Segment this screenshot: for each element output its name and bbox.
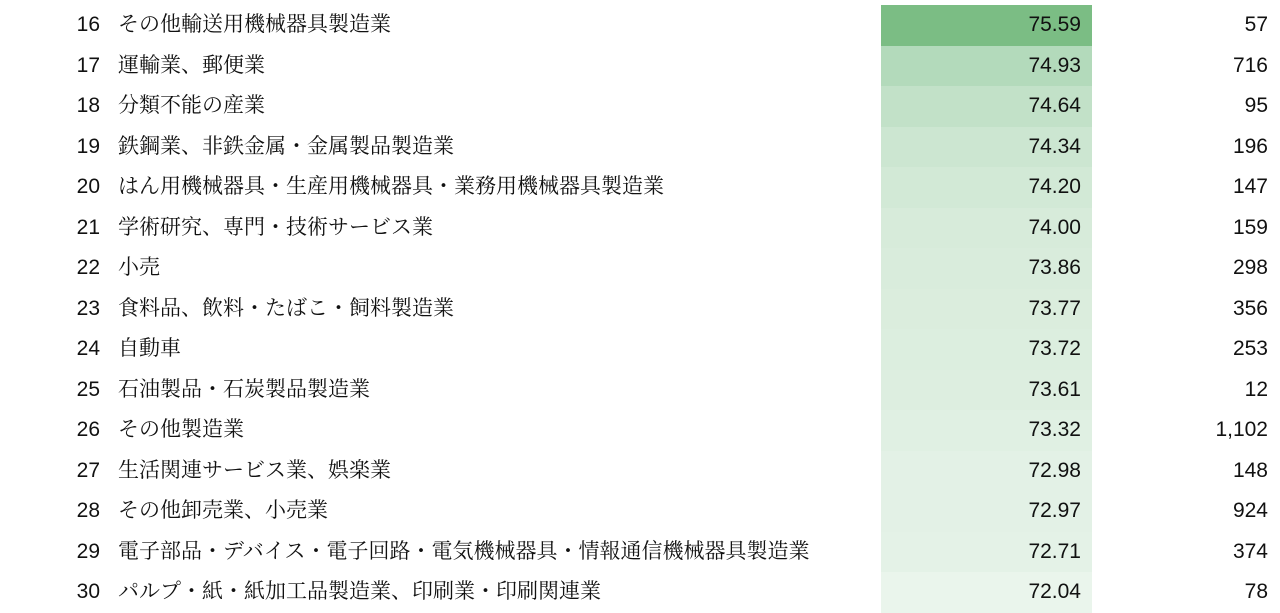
industry-label: 運輸業、郵便業: [118, 46, 265, 87]
score-cell: 72.04: [881, 572, 1092, 613]
respondent-count: 12: [1150, 370, 1268, 411]
table-row: 20はん用機械器具・生産用機械器具・業務用機械器具製造業74.20147: [0, 167, 1280, 208]
industry-label: 学術研究、専門・技術サービス業: [118, 208, 433, 249]
score-cell: 73.77: [881, 289, 1092, 330]
score-cell: 74.00: [881, 208, 1092, 249]
rank-number: 25: [60, 370, 100, 411]
respondent-count: 78: [1150, 572, 1268, 613]
respondent-count: 924: [1150, 491, 1268, 532]
table-row: 18分類不能の産業74.6495: [0, 86, 1280, 127]
rank-number: 21: [60, 208, 100, 249]
score-cell: 73.32: [881, 410, 1092, 451]
respondent-count: 716: [1150, 46, 1268, 87]
score-cell: 72.97: [881, 491, 1092, 532]
respondent-count: 95: [1150, 86, 1268, 127]
industry-ranking-table: 16その他輸送用機械器具製造業75.595717運輸業、郵便業74.937161…: [0, 5, 1280, 613]
rank-number: 22: [60, 248, 100, 289]
industry-label: 分類不能の産業: [118, 86, 265, 127]
industry-label: パルプ・紙・紙加工品製造業、印刷業・印刷関連業: [118, 572, 601, 613]
score-cell: 74.64: [881, 86, 1092, 127]
rank-number: 17: [60, 46, 100, 87]
table-row: 27生活関連サービス業、娯楽業72.98148: [0, 451, 1280, 492]
score-cell: 75.59: [881, 5, 1092, 46]
table-row: 29電子部品・デバイス・電子回路・電気機械器具・情報通信機械器具製造業72.71…: [0, 532, 1280, 573]
industry-label: 鉄鋼業、非鉄金属・金属製品製造業: [118, 127, 454, 168]
industry-label: その他製造業: [118, 410, 244, 451]
rank-number: 16: [60, 5, 100, 46]
table-row: 19鉄鋼業、非鉄金属・金属製品製造業74.34196: [0, 127, 1280, 168]
score-cell: 74.93: [881, 46, 1092, 87]
score-cell: 74.20: [881, 167, 1092, 208]
industry-label: その他輸送用機械器具製造業: [118, 5, 391, 46]
score-cell: 72.98: [881, 451, 1092, 492]
score-cell: 73.72: [881, 329, 1092, 370]
respondent-count: 147: [1150, 167, 1268, 208]
respondent-count: 253: [1150, 329, 1268, 370]
score-cell: 74.34: [881, 127, 1092, 168]
respondent-count: 159: [1150, 208, 1268, 249]
industry-label: その他卸売業、小売業: [118, 491, 328, 532]
table-row: 22小売73.86298: [0, 248, 1280, 289]
score-cell: 73.86: [881, 248, 1092, 289]
table-row: 25石油製品・石炭製品製造業73.6112: [0, 370, 1280, 411]
respondent-count: 1,102: [1150, 410, 1268, 451]
industry-label: 自動車: [118, 329, 181, 370]
respondent-count: 196: [1150, 127, 1268, 168]
table-row: 23食料品、飲料・たばこ・飼料製造業73.77356: [0, 289, 1280, 330]
industry-label: 電子部品・デバイス・電子回路・電気機械器具・情報通信機械器具製造業: [118, 532, 810, 573]
score-cell: 72.71: [881, 532, 1092, 573]
rank-number: 24: [60, 329, 100, 370]
table-row: 26その他製造業73.321,102: [0, 410, 1280, 451]
rank-number: 19: [60, 127, 100, 168]
industry-label: 石油製品・石炭製品製造業: [118, 370, 370, 411]
rank-number: 28: [60, 491, 100, 532]
respondent-count: 298: [1150, 248, 1268, 289]
rank-number: 30: [60, 572, 100, 613]
score-cell: 73.61: [881, 370, 1092, 411]
table-row: 28その他卸売業、小売業72.97924: [0, 491, 1280, 532]
industry-label: 食料品、飲料・たばこ・飼料製造業: [118, 289, 454, 330]
table-row: 30パルプ・紙・紙加工品製造業、印刷業・印刷関連業72.0478: [0, 572, 1280, 613]
rank-number: 18: [60, 86, 100, 127]
table-row: 16その他輸送用機械器具製造業75.5957: [0, 5, 1280, 46]
respondent-count: 356: [1150, 289, 1268, 330]
rank-number: 27: [60, 451, 100, 492]
table-row: 24自動車73.72253: [0, 329, 1280, 370]
rank-number: 26: [60, 410, 100, 451]
industry-label: はん用機械器具・生産用機械器具・業務用機械器具製造業: [118, 167, 664, 208]
respondent-count: 57: [1150, 5, 1268, 46]
respondent-count: 148: [1150, 451, 1268, 492]
industry-label: 生活関連サービス業、娯楽業: [118, 451, 391, 492]
table-row: 17運輸業、郵便業74.93716: [0, 46, 1280, 87]
respondent-count: 374: [1150, 532, 1268, 573]
industry-label: 小売: [118, 248, 160, 289]
table-row: 21学術研究、専門・技術サービス業74.00159: [0, 208, 1280, 249]
rank-number: 29: [60, 532, 100, 573]
rank-number: 20: [60, 167, 100, 208]
rank-number: 23: [60, 289, 100, 330]
